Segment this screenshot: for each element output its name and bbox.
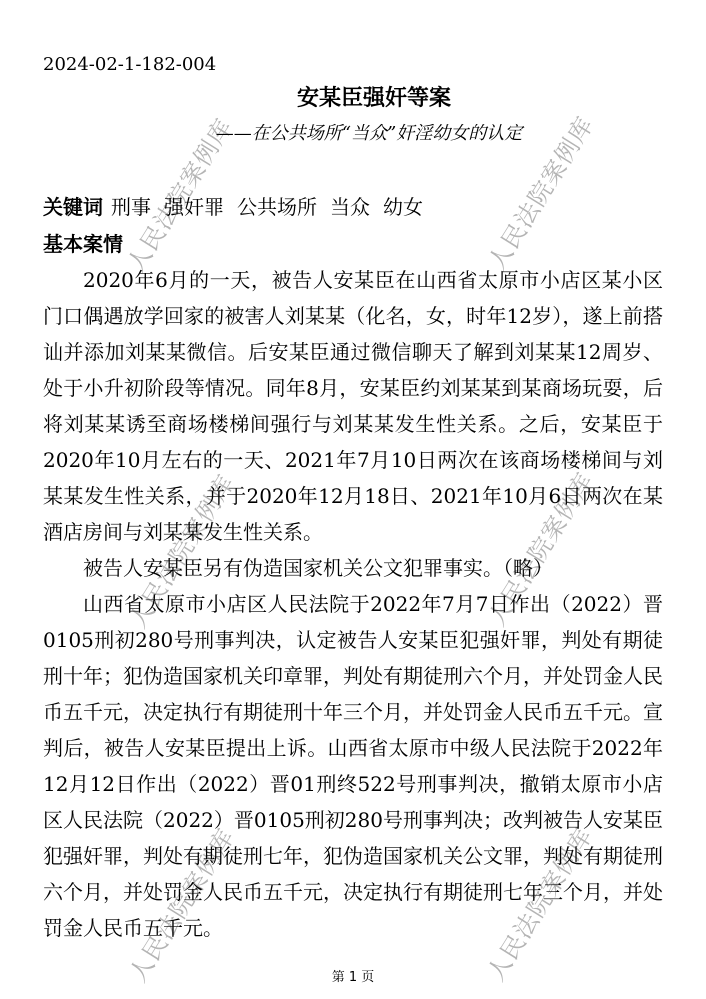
document-page: 人民法院案例库 人民法院案例库 人民法院案例库 人民法院案例库 人民法院案例库 … [0,0,706,999]
section-body: 2020年6月的一天，被告人安某臣在山西省太原市小店区某小区门口偶遇放学回家的被… [43,262,663,946]
keywords-label: 关键词 [43,195,103,219]
document-content: 2024-02-1-182-004 安某臣强奸等案 ——在公共场所“当众”奸淫幼… [0,55,706,946]
keyword-item: 刑事 [111,195,151,219]
case-number: 2024-02-1-182-004 [43,55,663,75]
keywords-row: 关键词刑事强奸罪公共场所当众幼女 [43,195,663,219]
keyword-item: 公共场所 [237,195,317,219]
page-number: 第 1 页 [0,970,706,985]
page-subtitle: ——在公共场所“当众”奸淫幼女的认定 [59,123,679,145]
page-title: 安某臣强奸等案 [64,85,684,111]
keyword-item: 幼女 [383,195,423,219]
keyword-item: 当众 [330,195,370,219]
body-paragraph: 2020年6月的一天，被告人安某臣在山西省太原市小店区某小区门口偶遇放学回家的被… [43,262,663,550]
section-heading: 基本案情 [43,232,663,256]
keyword-item: 强奸罪 [164,195,224,219]
body-paragraph: 被告人安某臣另有伪造国家机关公文犯罪事实。（略） [43,550,663,586]
body-paragraph: 山西省太原市小店区人民法院于2022年7月7日作出（2022）晋0105刑初28… [43,586,663,946]
